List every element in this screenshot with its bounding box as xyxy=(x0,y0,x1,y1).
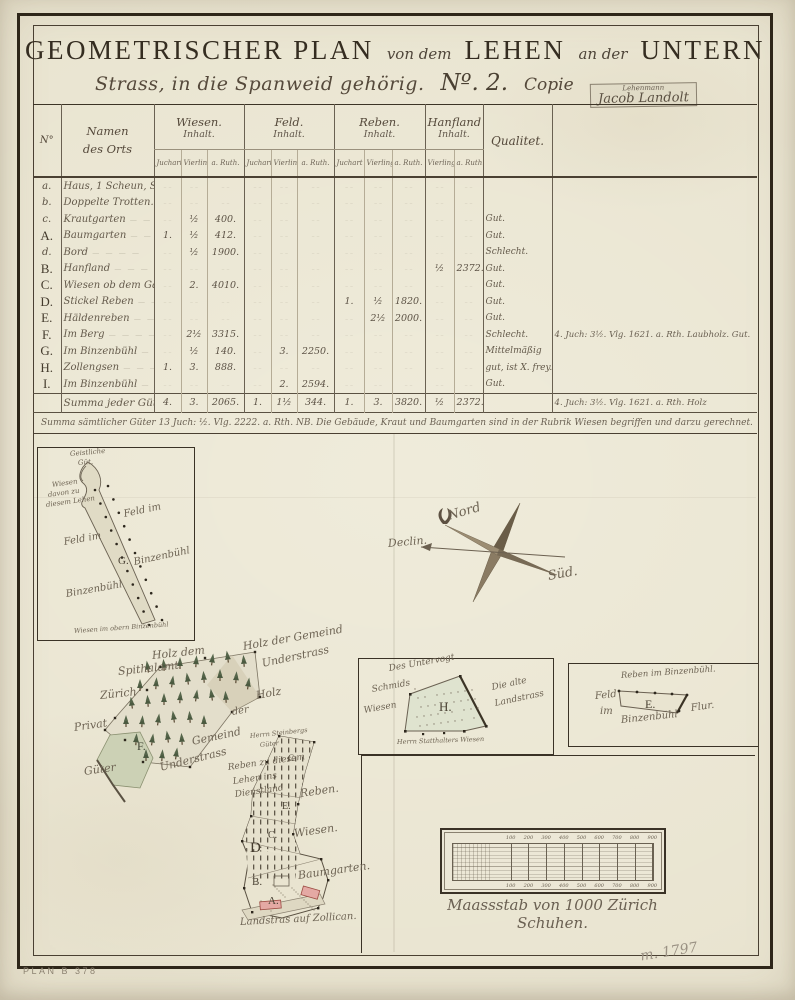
cell-value xyxy=(297,310,334,327)
cell-value: 2. xyxy=(181,277,207,294)
cell-value xyxy=(297,261,334,278)
cell-note xyxy=(552,277,757,294)
cell-value xyxy=(244,177,271,195)
cell-value: ½ xyxy=(181,244,207,261)
cell-no: B. xyxy=(33,261,61,278)
cell-note xyxy=(552,310,757,327)
cell-value: 2065. xyxy=(207,393,244,412)
cell-value xyxy=(392,228,425,245)
cell-value xyxy=(297,211,334,228)
plot-letter-a: A. xyxy=(268,895,279,907)
cell-no: b. xyxy=(33,195,61,212)
cell-quality: Schlecht. xyxy=(483,244,552,261)
cell-value xyxy=(244,343,271,360)
inset-e-label-im: im xyxy=(600,707,613,717)
cell-value: 2½ xyxy=(364,310,392,327)
title-untern: UNTERN xyxy=(640,35,765,66)
cell-value xyxy=(297,360,334,377)
cell-value xyxy=(454,228,483,245)
cell-quality xyxy=(483,177,552,195)
table-row: C.Wiesen ob dem Garten2.4010.Gut. xyxy=(33,277,757,294)
cell-value xyxy=(271,327,297,344)
cell-value: 4010. xyxy=(207,277,244,294)
cell-name: Doppelte Trotten. xyxy=(61,195,154,212)
cell-value xyxy=(364,177,392,195)
cell-value xyxy=(297,177,334,195)
cell-name: Im Berg xyxy=(61,327,154,344)
scale-transversal-section xyxy=(453,844,493,880)
cell-value: 2250. xyxy=(297,343,334,360)
cell-note xyxy=(552,228,757,245)
cell-value xyxy=(392,195,425,212)
unit-header: a. Ruth. xyxy=(454,150,483,178)
cell-value: ½ xyxy=(425,393,454,412)
cell-value xyxy=(425,360,454,377)
cell-no: G. xyxy=(33,343,61,360)
scale-tick xyxy=(511,844,512,880)
cell-value xyxy=(425,376,454,393)
cell-value xyxy=(244,277,271,294)
cell-no: c. xyxy=(33,211,61,228)
cell-value: 412. xyxy=(207,228,244,245)
cell-value xyxy=(154,294,181,311)
table-header: N°Namendes OrtsWiesen.Inhalt.Feld.Inhalt… xyxy=(33,105,757,178)
cell-value xyxy=(392,177,425,195)
group-title: Feld. xyxy=(247,115,332,129)
cell-quality: Gut. xyxy=(483,277,552,294)
cell-value: 1. xyxy=(244,393,271,412)
group-subtitle: Inhalt. xyxy=(428,129,481,140)
cell-quality xyxy=(483,393,552,412)
col-header-no: N° xyxy=(33,105,61,178)
scale-tick xyxy=(599,844,600,880)
table-row: A.Baumgarten1.½412.Gut. xyxy=(33,228,757,245)
cell-value xyxy=(454,360,483,377)
cell-note xyxy=(552,376,757,393)
cell-value: 3. xyxy=(271,343,297,360)
group-title: Reben. xyxy=(337,115,423,129)
cell-value: 3. xyxy=(181,360,207,377)
cell-value xyxy=(271,177,297,195)
copie-label: Copie xyxy=(524,75,574,95)
scale-tick xyxy=(546,844,547,880)
cell-value xyxy=(364,261,392,278)
cell-name: Im Binzenbühl xyxy=(61,376,154,393)
group-subtitle: Inhalt. xyxy=(157,129,242,140)
unit-header: Vierling xyxy=(425,150,454,178)
cell-value xyxy=(297,244,334,261)
cell-value xyxy=(425,294,454,311)
cell-quality: Gut. xyxy=(483,228,552,245)
title-block: GEOMETRISCHER PLAN von dem LEHEN an der … xyxy=(33,27,757,107)
inset-parcel-g: G. Geistliche Güt. Wiesen davon zu diese… xyxy=(37,447,195,641)
col-header-quality: Qualitet. xyxy=(483,105,552,178)
cell-value: ½ xyxy=(425,261,454,278)
cell-value xyxy=(334,261,364,278)
cell-value xyxy=(454,195,483,212)
cell-no: a. xyxy=(33,177,61,195)
cell-name: Im Binzenbühl xyxy=(61,343,154,360)
compass-rose xyxy=(405,495,585,610)
cell-value xyxy=(334,343,364,360)
group-title: Hanfland xyxy=(428,115,481,129)
cell-value: 3315. xyxy=(207,327,244,344)
cell-value xyxy=(297,327,334,344)
cell-note: 4. Juch: 3½. Vlg. 1621. a. Rth. Laubholz… xyxy=(552,327,757,344)
cell-value xyxy=(207,195,244,212)
cell-quality xyxy=(483,195,552,212)
cell-value: 3820. xyxy=(392,393,425,412)
scale-tick xyxy=(564,844,565,880)
cell-note xyxy=(552,211,757,228)
cell-value xyxy=(207,310,244,327)
unit-header: a. Ruth. xyxy=(207,150,244,178)
col-group-wiesen: Wiesen.Inhalt. xyxy=(154,105,244,150)
cell-value xyxy=(454,343,483,360)
cell-name: Wiesen ob dem Garten xyxy=(61,277,154,294)
plan-number: Nº. 2. xyxy=(441,70,509,96)
cell-name: Baumgarten xyxy=(61,228,154,245)
cell-value xyxy=(454,211,483,228)
cell-value: ½ xyxy=(181,343,207,360)
cell-value xyxy=(244,310,271,327)
cell-value xyxy=(334,360,364,377)
parcel-g-letter: G. xyxy=(118,555,129,567)
cell-value: 888. xyxy=(207,360,244,377)
cell-value: ½ xyxy=(364,294,392,311)
cell-value: 344. xyxy=(297,393,334,412)
cell-value xyxy=(154,376,181,393)
cell-note xyxy=(552,177,757,195)
cell-value xyxy=(181,376,207,393)
cell-value xyxy=(244,360,271,377)
cell-value xyxy=(334,376,364,393)
cell-value xyxy=(364,360,392,377)
col-group-reben: Reben.Inhalt. xyxy=(334,105,425,150)
name-line1: Namen xyxy=(64,123,152,140)
cell-value xyxy=(454,177,483,195)
cell-value xyxy=(154,277,181,294)
table-row: B.Hanfland½2372.Gut. xyxy=(33,261,757,278)
cell-no: F. xyxy=(33,327,61,344)
name-line2: des Orts xyxy=(64,141,152,158)
scale-tick-label-bottom: 900 xyxy=(641,883,663,889)
cell-note xyxy=(552,244,757,261)
summary-row: Summa jeder Güter.4.3.2065.1.1½344.1.3.3… xyxy=(33,393,757,412)
cell-value xyxy=(244,327,271,344)
cell-value xyxy=(392,327,425,344)
cell-value xyxy=(364,327,392,344)
cell-value xyxy=(425,244,454,261)
cell-value xyxy=(154,327,181,344)
cell-value: 1900. xyxy=(207,244,244,261)
cell-value xyxy=(271,195,297,212)
cell-value xyxy=(334,195,364,212)
scale-tick xyxy=(635,844,636,880)
cell-value: 2½ xyxy=(181,327,207,344)
cell-value xyxy=(207,294,244,311)
cell-value: 140. xyxy=(207,343,244,360)
cell-value xyxy=(181,310,207,327)
scale-tick xyxy=(652,844,653,880)
cell-note: 4. Juch: 3½. Vlg. 1621. a. Rth. Holz xyxy=(552,393,757,412)
cell-value xyxy=(297,228,334,245)
header-row-groups: N°Namendes OrtsWiesen.Inhalt.Feld.Inhalt… xyxy=(33,105,757,150)
scale-bar: 1001002002003003004004005005006006007007… xyxy=(440,828,666,894)
cell-value: 2. xyxy=(271,376,297,393)
cell-name: Bord xyxy=(61,244,154,261)
cell-note xyxy=(552,261,757,278)
cell-no: D. xyxy=(33,294,61,311)
plot-label-top2: Güter xyxy=(260,740,280,748)
plot-letter-d: D xyxy=(250,840,261,856)
title-main: GEOMETRISCHER PLAN xyxy=(25,35,374,66)
cell-value xyxy=(271,294,297,311)
cell-name: Hanfland xyxy=(61,261,154,278)
cell-note xyxy=(552,195,757,212)
cell-no: E. xyxy=(33,310,61,327)
cell-value xyxy=(271,261,297,278)
cell-value xyxy=(244,244,271,261)
cell-value xyxy=(207,261,244,278)
cell-value xyxy=(244,228,271,245)
cell-value: 2594. xyxy=(297,376,334,393)
cell-value: 1820. xyxy=(392,294,425,311)
cell-value xyxy=(425,177,454,195)
cell-quality: Gut. xyxy=(483,261,552,278)
cell-quality: Schlecht. xyxy=(483,327,552,344)
table-row: b.Doppelte Trotten. xyxy=(33,195,757,212)
scale-tick-label-top: 900 xyxy=(641,835,663,841)
cell-value xyxy=(454,310,483,327)
table-body: a.Haus, 1 Scheun, Schweinställb.Doppelte… xyxy=(33,177,757,433)
table-row: d.Bord½1900.Schlecht. xyxy=(33,244,757,261)
cell-value xyxy=(271,360,297,377)
unit-header: Vierling xyxy=(181,150,207,178)
cell-name: Häldenreben xyxy=(61,310,154,327)
parcel-f-letter: F. xyxy=(137,739,146,753)
cell-value xyxy=(425,195,454,212)
cell-value xyxy=(154,177,181,195)
cell-value: 4. xyxy=(154,393,181,412)
cell-value xyxy=(392,211,425,228)
cell-value xyxy=(271,228,297,245)
cell-value xyxy=(334,277,364,294)
group-subtitle: Inhalt. xyxy=(247,129,332,140)
cell-value xyxy=(392,261,425,278)
col-header-name: Namendes Orts xyxy=(61,105,154,178)
cell-value: 2372. xyxy=(454,393,483,412)
cell-value xyxy=(181,294,207,311)
group-subtitle: Inhalt. xyxy=(337,129,423,140)
cell-no: A. xyxy=(33,228,61,245)
cell-value xyxy=(181,261,207,278)
cell-value xyxy=(271,277,297,294)
cell-value xyxy=(364,277,392,294)
total-row: Summa sämtlicher Güter 13 Juch: ½. Vlg. … xyxy=(33,412,757,433)
cell-quality: Gut. xyxy=(483,376,552,393)
cell-no: d. xyxy=(33,244,61,261)
cell-value xyxy=(271,310,297,327)
scale-tick xyxy=(582,844,583,880)
cell-quality: Mittelmäßig xyxy=(483,343,552,360)
cell-value: ½ xyxy=(181,211,207,228)
inset-parcel-h: H. Des Untervogt Schmids Wiesen Die alte… xyxy=(358,658,554,755)
cell-value xyxy=(425,277,454,294)
cell-value xyxy=(154,261,181,278)
col-group-feld: Feld.Inhalt. xyxy=(244,105,334,150)
unit-header: Juchart xyxy=(244,150,271,178)
cell-no: H. xyxy=(33,360,61,377)
cell-value xyxy=(364,244,392,261)
cell-value xyxy=(244,261,271,278)
cell-name: Summa jeder Güter. xyxy=(61,393,154,412)
parcel-g-map: G. xyxy=(38,448,194,640)
cell-value xyxy=(297,277,334,294)
col-group-hanfland: HanflandInhalt. xyxy=(425,105,483,150)
cell-value xyxy=(392,343,425,360)
cell-value: 1. xyxy=(154,228,181,245)
cell-value xyxy=(244,376,271,393)
cell-value: 2372. xyxy=(454,261,483,278)
scale-tick xyxy=(528,844,529,880)
cell-name: Haus, 1 Scheun, Schweinställ xyxy=(61,177,154,195)
group-title: Wiesen. xyxy=(157,115,242,129)
cell-value: 1½ xyxy=(271,393,297,412)
unit-header: Juchart xyxy=(334,150,364,178)
cell-value xyxy=(334,228,364,245)
parcel-e-letter: E. xyxy=(645,697,655,711)
scale-ruler: 1001002002003003004004005005006006007007… xyxy=(452,843,654,881)
cell-value xyxy=(244,195,271,212)
cell-quality: Gut. xyxy=(483,294,552,311)
cell-value xyxy=(364,211,392,228)
cell-value xyxy=(154,310,181,327)
cell-value xyxy=(364,228,392,245)
cell-value xyxy=(207,177,244,195)
cell-value xyxy=(425,343,454,360)
cell-value xyxy=(392,277,425,294)
title-line1: GEOMETRISCHER PLAN von dem LEHEN an der … xyxy=(33,35,757,66)
cell-value xyxy=(154,211,181,228)
title-strass: Strass, in die Spanweid gehörig. xyxy=(95,73,425,95)
cell-value xyxy=(181,195,207,212)
title-an-der: an der xyxy=(578,45,627,63)
cell-value xyxy=(454,294,483,311)
cell-value: 400. xyxy=(207,211,244,228)
cell-value xyxy=(297,294,334,311)
cell-value xyxy=(334,177,364,195)
unit-header: Vierling xyxy=(364,150,392,178)
cell-no xyxy=(33,393,61,412)
cell-value xyxy=(207,376,244,393)
title-line2: Strass, in die Spanweid gehörig. Nº. 2. … xyxy=(33,70,757,107)
cell-value: 3. xyxy=(364,393,392,412)
cell-value xyxy=(392,360,425,377)
cell-quality: Gut. xyxy=(483,310,552,327)
cell-value xyxy=(425,211,454,228)
plot-letter-c: C. xyxy=(268,830,277,841)
inset-g-label-top2: Güt. xyxy=(78,459,94,467)
cell-value xyxy=(364,195,392,212)
cell-value xyxy=(392,244,425,261)
cell-value xyxy=(454,277,483,294)
table-row: E.Häldenreben2½2000.Gut. xyxy=(33,310,757,327)
cell-value: 1. xyxy=(154,360,181,377)
cell-value: 1. xyxy=(334,294,364,311)
plan-sheet: GEOMETRISCHER PLAN von dem LEHEN an der … xyxy=(0,0,795,1000)
cell-name: Krautgarten xyxy=(61,211,154,228)
unit-header: a. Ruth. xyxy=(297,150,334,178)
cell-value xyxy=(297,195,334,212)
cell-value xyxy=(244,294,271,311)
table-row: a.Haus, 1 Scheun, Schweinställ xyxy=(33,177,757,195)
cell-value xyxy=(392,376,425,393)
cell-quality: Gut. xyxy=(483,211,552,228)
cell-value: 2000. xyxy=(392,310,425,327)
scale-tick xyxy=(617,844,618,880)
cell-note xyxy=(552,294,757,311)
unit-header: Vierling xyxy=(271,150,297,178)
cell-value xyxy=(271,244,297,261)
cell-value xyxy=(425,327,454,344)
table-row: D.Stickel Reben1.½1820.Gut. xyxy=(33,294,757,311)
parcel-h-letter: H. xyxy=(439,699,452,714)
unit-header: Juchart xyxy=(154,150,181,178)
cell-note xyxy=(552,360,757,377)
cell-no: C. xyxy=(33,277,61,294)
cell-value xyxy=(334,327,364,344)
cell-name: Stickel Reben xyxy=(61,294,154,311)
table-row: F.Im Berg2½3315.Schlecht.4. Juch: 3½. Vl… xyxy=(33,327,757,344)
table-row: c.Krautgarten½400.Gut. xyxy=(33,211,757,228)
cell-value: 1. xyxy=(334,393,364,412)
cell-value xyxy=(364,376,392,393)
cell-no: I. xyxy=(33,376,61,393)
cell-value xyxy=(244,211,271,228)
inset-parcel-e: E. Reben im Binzenbühl. Feld im Binzenbü… xyxy=(568,663,758,747)
parcel-table: N°Namendes OrtsWiesen.Inhalt.Feld.Inhalt… xyxy=(33,104,757,434)
cell-value xyxy=(454,376,483,393)
title-lehen: LEHEN xyxy=(464,35,565,66)
cell-value xyxy=(154,195,181,212)
cell-value xyxy=(334,244,364,261)
cell-value xyxy=(334,310,364,327)
cell-value xyxy=(425,310,454,327)
unit-header: a. Ruth. xyxy=(392,150,425,178)
cell-value xyxy=(454,327,483,344)
table-row: I.Im Binzenbühl2.2594.Gut. xyxy=(33,376,757,393)
cell-note xyxy=(552,343,757,360)
plot-letter-e: E. xyxy=(282,801,291,812)
cell-value xyxy=(181,177,207,195)
cell-value xyxy=(271,211,297,228)
cell-value: 3. xyxy=(181,393,207,412)
cell-value xyxy=(154,244,181,261)
cell-value xyxy=(364,343,392,360)
total-line: Summa sämtlicher Güter 13 Juch: ½. Vlg. … xyxy=(33,412,757,433)
compass-declination-label: Declin. xyxy=(388,535,428,549)
table-row: H.Zollengsen1.3.888.gut, ist X. frey. xyxy=(33,360,757,377)
cell-quality: gut, ist X. frey. xyxy=(483,360,552,377)
table-row: G.Im Binzenbühl½140.3.2250.Mittelmäßig xyxy=(33,343,757,360)
cell-name: Zollengsen xyxy=(61,360,154,377)
title-von-dem: von dem xyxy=(387,45,452,63)
plot-letter-b: B. xyxy=(252,876,262,888)
cell-value: ½ xyxy=(181,228,207,245)
scale-caption: Maassstab von 1000 Zürich Schuhen. xyxy=(430,896,675,932)
archive-number: PLAN B 378 xyxy=(23,966,98,976)
